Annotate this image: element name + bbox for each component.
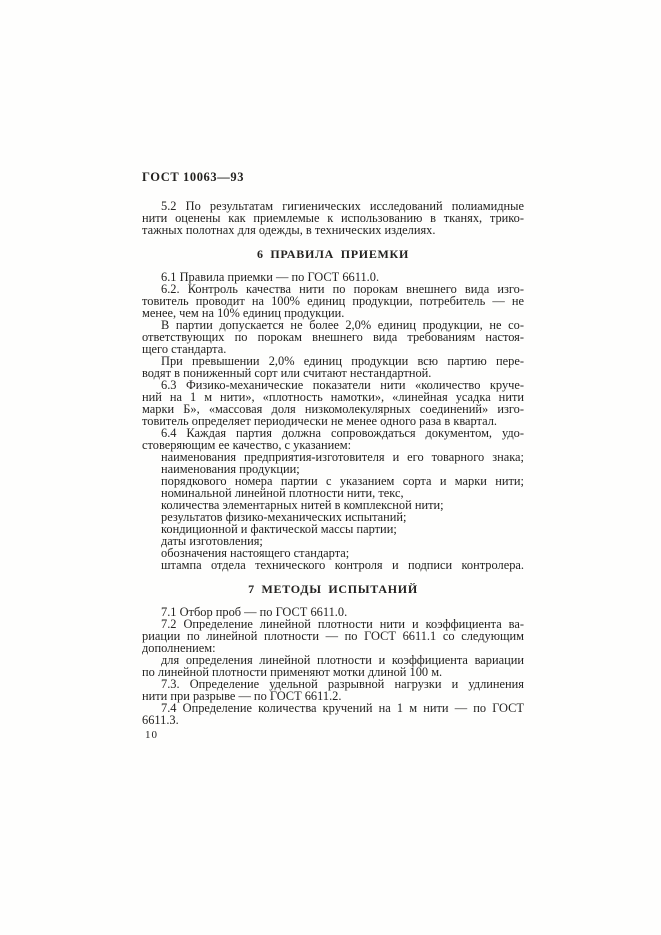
section-heading: 7 МЕТОДЫ ИСПЫТАНИЙ: [142, 583, 524, 595]
document-code: ГОСТ 10063—93: [142, 170, 244, 185]
paragraph: При превышении 2,0% единиц продукции всю…: [142, 355, 524, 379]
text-line: 7.4 Определение количества кручений на 1…: [142, 702, 524, 714]
page-number: 10: [145, 729, 158, 741]
paragraph: 6.4 Каждая партия должна сопровождаться …: [142, 427, 524, 451]
paragraph: 7.4 Определение количества кручений на 1…: [142, 702, 524, 726]
list-item: штампа отдела технического контроля и по…: [142, 559, 524, 571]
paragraph: 5.2 По результатам гигиенических исследо…: [142, 200, 524, 236]
text-line: 6611.3.: [142, 714, 524, 726]
document-page: ГОСТ 10063—93 5.2 По результатам гигиени…: [0, 0, 661, 935]
paragraph: 6.3 Физико-механические показатели нити …: [142, 379, 524, 427]
paragraph: В партии допускается не более 2,0% едини…: [142, 319, 524, 355]
text-line: тажных полотнах для одежды, в технически…: [142, 224, 524, 236]
paragraph: 7.2 Определение линейной плотности нити …: [142, 618, 524, 654]
paragraph: 7.3. Определение удельной разрывной нагр…: [142, 678, 524, 702]
document-body: 5.2 По результатам гигиенических исследо…: [142, 200, 524, 726]
section-heading: 6 ПРАВИЛА ПРИЕМКИ: [142, 248, 524, 260]
paragraph: для определения линейной плотности и коэ…: [142, 654, 524, 678]
paragraph: 6.2. Контроль качества нити по порокам в…: [142, 283, 524, 319]
